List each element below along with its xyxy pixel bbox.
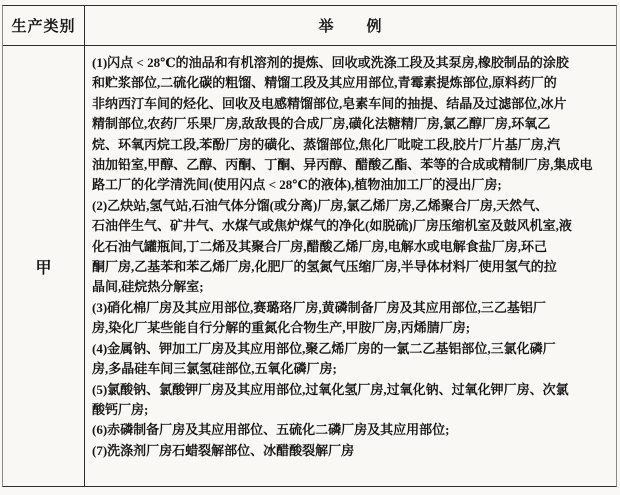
table-header-row: 生产类别 举 例 [3, 6, 616, 46]
production-category-table: 生产类别 举 例 甲 (1)闪点 < 28℃的油品和有机溶剂的提炼、回收或洗涤工… [2, 5, 617, 487]
examples-cell: (1)闪点 < 28℃的油品和有机溶剂的提炼、回收或洗涤工段及其泵房,橡胶制品的… [85, 46, 616, 486]
header-production-category: 生产类别 [3, 6, 85, 45]
table-body-row: 甲 (1)闪点 < 28℃的油品和有机溶剂的提炼、回收或洗涤工段及其泵房,橡胶制… [3, 46, 616, 486]
header-examples: 举 例 [85, 6, 616, 45]
scanned-document-page: 生产类别 举 例 甲 (1)闪点 < 28℃的油品和有机溶剂的提炼、回收或洗涤工… [0, 0, 620, 495]
category-cell-jia: 甲 [3, 46, 85, 486]
